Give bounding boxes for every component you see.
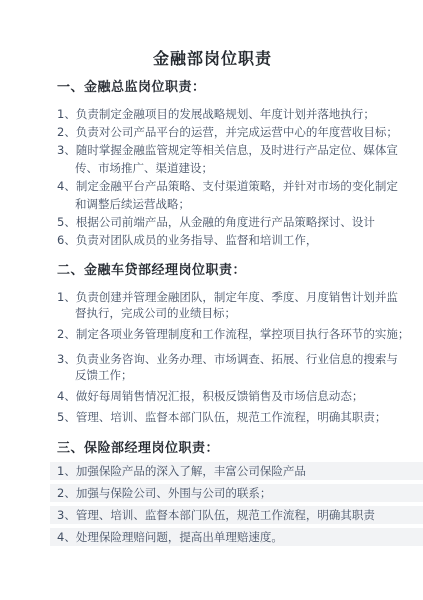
item-line: 3、负责业务咨询、业务办理、市场调查、拓展、行业信息的搜索与 [57, 351, 382, 367]
item-number: 3、 [57, 143, 76, 157]
item-line: 2、制定各项业务管理制度和工作流程，掌控项目执行各环节的实施； [57, 326, 382, 342]
item-text: 加强与保险公司、外围与公司的联系； [76, 486, 272, 500]
item-line: 3、随时掌握金融监管规定等相关信息，及时进行产品定位、媒体宣 [57, 141, 382, 159]
section: 二、金融车贷部经理岗位职责：1、负责创建并管理金融团队，制定年度、季度、月度销售… [57, 263, 382, 425]
section: 三、保险部经理岗位职责：1、加强保险产品的深入了解，丰富公司保险产品2、加强与保… [57, 441, 382, 546]
item-number: 4、 [57, 179, 76, 193]
item-text: 制定金融平台产品策略、支付渠道策略，并针对市场的变化制定 [76, 179, 398, 193]
item-text: 督执行，完成公司的业绩目标； [75, 306, 236, 320]
list-item: 3、随时掌握金融监管规定等相关信息，及时进行产品定位、媒体宣传、市场推广、渠道建… [57, 141, 382, 177]
item-text: 负责业务咨询、业务办理、市场调查、拓展、行业信息的搜索与 [76, 352, 398, 366]
item-text: 管理、培训、监督本部门队伍，规范工作流程，明确其职责 [76, 508, 375, 522]
document-page: 金融部岗位职责 一、金融总监岗位职责：1、负责制定金融项目的发展战略规划、年度计… [0, 0, 423, 600]
list-item: 1、负责创建并管理金融团队，制定年度、季度、月度销售计划并监督执行，完成公司的业… [57, 289, 382, 321]
item-text: 负责对公司产品平台的运营，并完成运营中心的年度营收目标； [76, 125, 398, 139]
item-list: 1、加强保险产品的深入了解，丰富公司保险产品2、加强与保险公司、外围与公司的联系… [57, 462, 382, 546]
item-number: 6、 [57, 233, 76, 247]
section-heading: 三、保险部经理岗位职责： [57, 441, 382, 457]
item-line: 3、管理、培训、监督本部门队伍，规范工作流程，明确其职责 [57, 506, 423, 524]
item-text: 根据公司前端产品，从金融的角度进行产品策略探讨、设计 [76, 215, 375, 229]
item-line-continuation: 和调整后续运营战略； [57, 195, 382, 213]
item-line-continuation: 督执行，完成公司的业绩目标； [57, 305, 382, 321]
item-line: 5、根据公司前端产品，从金融的角度进行产品策略探讨、设计 [57, 213, 382, 231]
list-item: 4、处理保险理赔问题，提高出单理赔速度。 [50, 528, 423, 546]
list-item: 2、负责对公司产品平台的运营，并完成运营中心的年度营收目标； [57, 123, 382, 141]
item-line: 4、处理保险理赔问题，提高出单理赔速度。 [57, 528, 423, 546]
item-text: 反馈工作； [75, 368, 133, 382]
item-line: 1、负责创建并管理金融团队，制定年度、季度、月度销售计划并监 [57, 289, 382, 305]
item-line: 4、制定金融平台产品策略、支付渠道策略，并针对市场的变化制定 [57, 177, 382, 195]
list-item: 4、做好每周销售情况汇报，积极反馈销售及市场信息动态； [57, 388, 382, 404]
list-item: 1、加强保险产品的深入了解，丰富公司保险产品 [50, 462, 423, 480]
item-text: 加强保险产品的深入了解，丰富公司保险产品 [76, 464, 306, 478]
item-list: 1、负责制定金融项目的发展战略规划、年度计划并落地执行；2、负责对公司产品平台的… [57, 105, 382, 249]
list-item: 2、制定各项业务管理制度和工作流程，掌控项目执行各环节的实施； [57, 326, 382, 342]
document-title: 金融部岗位职责 [43, 48, 382, 70]
item-text: 制定各项业务管理制度和工作流程，掌控项目执行各环节的实施； [76, 327, 410, 341]
list-item: 5、管理、培训、监督本部门队伍，规范工作流程，明确其职责； [57, 409, 382, 425]
item-number: 4、 [57, 530, 76, 544]
section: 一、金融总监岗位职责：1、负责制定金融项目的发展战略规划、年度计划并落地执行；2… [57, 80, 382, 249]
item-number: 2、 [57, 125, 76, 139]
section-heading: 二、金融车贷部经理岗位职责： [57, 263, 382, 279]
item-number: 5、 [57, 215, 76, 229]
item-line: 1、加强保险产品的深入了解，丰富公司保险产品 [57, 462, 423, 480]
item-line-continuation: 传、市场推广、渠道建设； [57, 159, 382, 177]
item-line: 5、管理、培训、监督本部门队伍，规范工作流程，明确其职责； [57, 409, 382, 425]
item-list: 1、负责创建并管理金融团队，制定年度、季度、月度销售计划并监督执行，完成公司的业… [57, 289, 382, 425]
list-item: 1、负责制定金融项目的发展战略规划、年度计划并落地执行； [57, 105, 382, 123]
item-text: 负责制定金融项目的发展战略规划、年度计划并落地执行； [76, 107, 375, 121]
item-text: 管理、培训、监督本部门队伍，规范工作流程，明确其职责； [76, 410, 387, 424]
item-text: 负责创建并管理金融团队，制定年度、季度、月度销售计划并监 [76, 290, 398, 304]
item-line: 6、负责对团队成员的业务指导、监督和培训工作， [57, 231, 382, 249]
item-text: 负责对团队成员的业务指导、监督和培训工作， [76, 233, 318, 247]
item-text: 做好每周销售情况汇报，积极反馈销售及市场信息动态； [76, 389, 364, 403]
list-item: 3、管理、培训、监督本部门队伍，规范工作流程，明确其职责 [50, 506, 423, 524]
list-item: 3、负责业务咨询、业务办理、市场调查、拓展、行业信息的搜索与反馈工作； [57, 351, 382, 383]
item-number: 1、 [57, 107, 76, 121]
item-number: 1、 [57, 290, 76, 304]
item-number: 3、 [57, 508, 76, 522]
item-number: 1、 [57, 464, 76, 478]
list-item: 4、制定金融平台产品策略、支付渠道策略，并针对市场的变化制定和调整后续运营战略； [57, 177, 382, 213]
list-item: 6、负责对团队成员的业务指导、监督和培训工作， [57, 231, 382, 249]
item-text: 传、市场推广、渠道建设； [75, 161, 213, 175]
item-line: 1、负责制定金融项目的发展战略规划、年度计划并落地执行； [57, 105, 382, 123]
item-line: 2、负责对公司产品平台的运营，并完成运营中心的年度营收目标； [57, 123, 382, 141]
item-line: 2、加强与保险公司、外围与公司的联系； [57, 484, 423, 502]
document-body: 一、金融总监岗位职责：1、负责制定金融项目的发展战略规划、年度计划并落地执行；2… [57, 80, 382, 546]
item-line: 4、做好每周销售情况汇报，积极反馈销售及市场信息动态； [57, 388, 382, 404]
item-text: 处理保险理赔问题，提高出单理赔速度。 [76, 530, 283, 544]
list-item: 2、加强与保险公司、外围与公司的联系； [50, 484, 423, 502]
item-number: 2、 [57, 486, 76, 500]
section-heading: 一、金融总监岗位职责： [57, 80, 382, 96]
item-text: 随时掌握金融监管规定等相关信息，及时进行产品定位、媒体宣 [76, 143, 398, 157]
item-number: 2、 [57, 327, 76, 341]
item-number: 5、 [57, 410, 76, 424]
item-text: 和调整后续运营战略； [75, 197, 190, 211]
item-line-continuation: 反馈工作； [57, 367, 382, 383]
item-number: 4、 [57, 389, 76, 403]
item-number: 3、 [57, 352, 76, 366]
list-item: 5、根据公司前端产品，从金融的角度进行产品策略探讨、设计 [57, 213, 382, 231]
